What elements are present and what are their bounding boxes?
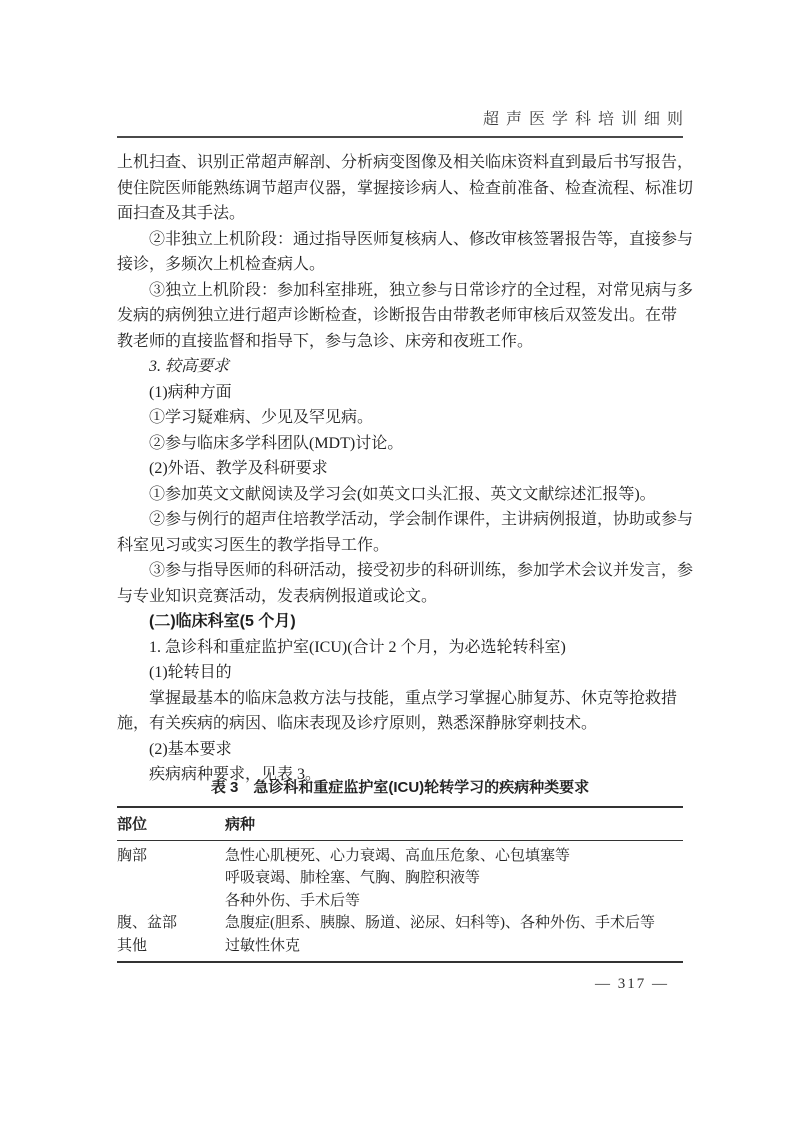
table-cell-part: 胸部 bbox=[117, 841, 225, 913]
paragraph: (1)病种方面 bbox=[117, 380, 717, 406]
paragraph: (2)外语、教学及科研要求 bbox=[117, 456, 717, 482]
paragraph: 掌握最基本的临床急救方法与技能，重点学习掌握心肺复苏、休克等抢救措 施，有关疾病… bbox=[117, 686, 717, 737]
paragraph: ①学习疑难病、少见及罕见病。 bbox=[117, 405, 717, 431]
page-header: 超声医学科培训细则 bbox=[117, 109, 683, 138]
paragraph: ②参与临床多学科团队(MDT)讨论。 bbox=[117, 431, 717, 457]
table-cell-part: 其他 bbox=[117, 935, 225, 962]
table-cell-diseases: 急性心肌梗死、心力衰竭、高血压危象、心包填塞等 呼吸衰竭、肺栓塞、气胸、胸腔积液… bbox=[225, 841, 683, 913]
table-head: 部位 病种 bbox=[117, 807, 683, 841]
table-cell-diseases: 急腹症(胆系、胰腺、肠道、泌尿、妇科等)、各种外伤、手术后等 bbox=[225, 912, 683, 934]
paragraph: ①参加英文文献阅读及学习会(如英文口头汇报、英文文献综述汇报等)。 bbox=[117, 482, 717, 508]
table-cell-diseases: 过敏性休克 bbox=[225, 935, 683, 962]
document-page: 超声医学科培训细则 上机扫查、识别正常超声解剖、分析病变图像及相关临床资料直到最… bbox=[0, 0, 800, 1131]
paragraph: 1. 急诊科和重症监护室(ICU)(合计 2 个月，为必选轮转科室) bbox=[117, 635, 717, 661]
table-block: 表 3 急诊科和重症监护室(ICU)轮转学习的疾病种类要求 部位 病种 胸部急性… bbox=[117, 779, 683, 963]
paragraph: (二)临床科室(5 个月) bbox=[117, 609, 717, 635]
table-body: 胸部急性心肌梗死、心力衰竭、高血压危象、心包填塞等 呼吸衰竭、肺栓塞、气胸、胸腔… bbox=[117, 841, 683, 963]
paragraph: ②参与例行的超声住培教学活动，学会制作课件，主讲病例报道，协助或参与 科室见习或… bbox=[117, 507, 717, 558]
page-number: — 317 — bbox=[595, 976, 669, 992]
table-row: 其他过敏性休克 bbox=[117, 935, 683, 962]
header-title: 超声医学科培训细则 bbox=[483, 111, 690, 128]
paragraph: (2)基本要求 bbox=[117, 737, 717, 763]
table-title: 表 3 急诊科和重症监护室(ICU)轮转学习的疾病种类要求 bbox=[117, 779, 683, 797]
table-row: 腹、盆部急腹症(胆系、胰腺、肠道、泌尿、妇科等)、各种外伤、手术后等 bbox=[117, 912, 683, 934]
paragraph: 3. 较高要求 bbox=[117, 354, 717, 380]
paragraph: ③独立上机阶段：参加科室排班，独立参与日常诊疗的全过程，对常见病与多 发病的病例… bbox=[117, 278, 717, 355]
paragraph: (1)轮转目的 bbox=[117, 660, 717, 686]
table-row: 胸部急性心肌梗死、心力衰竭、高血压危象、心包填塞等 呼吸衰竭、肺栓塞、气胸、胸腔… bbox=[117, 841, 683, 913]
paragraph: 上机扫查、识别正常超声解剖、分析病变图像及相关临床资料直到最后书写报告， 使住院… bbox=[117, 150, 717, 227]
table-header-row: 部位 病种 bbox=[117, 807, 683, 841]
table-header-part: 部位 bbox=[117, 807, 225, 841]
table-header-disease: 病种 bbox=[225, 807, 683, 841]
disease-table: 部位 病种 胸部急性心肌梗死、心力衰竭、高血压危象、心包填塞等 呼吸衰竭、肺栓塞… bbox=[117, 806, 683, 963]
page-footer: — 317 — bbox=[117, 976, 683, 993]
paragraph: ③参与指导医师的科研活动，接受初步的科研训练，参加学术会议并发言，参 与专业知识… bbox=[117, 558, 717, 609]
table-cell-part: 腹、盆部 bbox=[117, 912, 225, 934]
body-text: 上机扫查、识别正常超声解剖、分析病变图像及相关临床资料直到最后书写报告， 使住院… bbox=[117, 150, 717, 788]
paragraph: ②非独立上机阶段：通过指导医师复核病人、修改审核签署报告等，直接参与 接诊，多频… bbox=[117, 227, 717, 278]
